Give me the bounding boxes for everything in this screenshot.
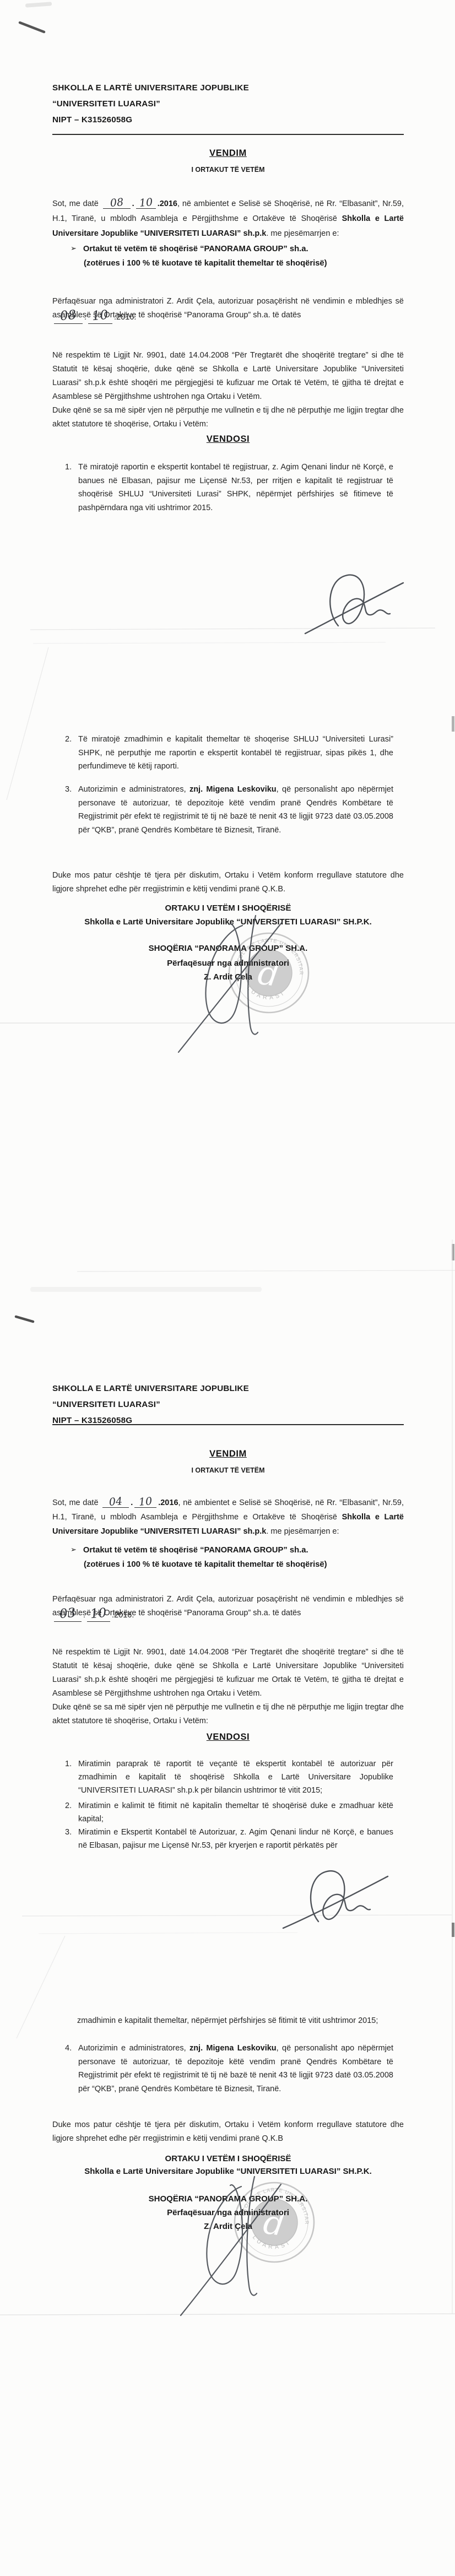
item-number: 3. (65, 783, 72, 797)
sole-partner-bullet: ➢Ortakut të vetëm të shoqërisë “PANORAMA… (71, 245, 308, 253)
handwritten-date-line: 03.10.2016. (52, 1608, 134, 1622)
signature-ardit-cela (280, 1858, 390, 1938)
administrator-name: znj. Migena Leskoviku (189, 785, 277, 794)
bullet-line2: (zotërues i 100 % të kuotave të kapitali… (84, 259, 327, 268)
decision-item-1: 1. Të miratojë raportin e ekspertit kont… (65, 461, 393, 515)
administrator-name: znj. Migena Leskoviku (189, 2044, 277, 2053)
item-text: Të miratojë raportin e ekspertit kontabe… (78, 461, 393, 515)
decision-item-2: 2. Miratimin e kalimit të fitimit në kap… (65, 1799, 393, 1826)
date-dot: . (132, 199, 134, 208)
handwritten-month: 10 (134, 1496, 156, 1508)
letterhead-school-name: SHKOLLA E LARTË UNIVERSITARE JOPUBLIKE (52, 80, 249, 96)
signature-over-stamp (175, 2162, 285, 2322)
handwritten-day: 08 (103, 197, 131, 209)
decision-title-wrap: VENDIM (52, 148, 404, 159)
decided-title: VENDOSI (207, 1732, 250, 1742)
date-dot: . (84, 313, 86, 322)
decided-title-wrap: VENDOSI (52, 434, 404, 445)
letterhead-university-name: “UNIVERSITETI LUARASI” (52, 96, 249, 112)
handwritten-date-line: 08.10.2016. (52, 310, 136, 324)
handwritten-day: 08 (54, 310, 83, 324)
item-number: 1. (65, 461, 72, 474)
item-number: 4. (65, 2042, 72, 2055)
letterhead: SHKOLLA E LARTË UNIVERSITARE JOPUBLIKE “… (52, 80, 249, 128)
sole-partner-bullet: ➢Ortakut të vetëm të shoqërisë “PANORAMA… (71, 1546, 308, 1555)
item-number: 3. (65, 1826, 72, 1839)
bullet-line1: Ortakut të vetëm të shoqërisë “PANORAMA … (83, 245, 308, 253)
closing-paragraph: Duke mos patur cështje të tjera për disk… (52, 869, 404, 896)
decided-title-wrap: VENDOSI (52, 1732, 404, 1742)
decision-subtitle-wrap: I ORTAKUT TË VETËM (52, 1465, 404, 1475)
decision-item-3: 3. Miratimin e Ekspertit Kontabël të Aut… (65, 1826, 393, 1852)
decision-title: VENDIM (209, 1449, 247, 1459)
item-3-continuation: zmadhimin e kapitalit themeltar, nëpërmj… (77, 2014, 403, 2028)
decision-item-2: 2. Të miratojë zmadhimin e kapitalit the… (65, 733, 393, 773)
intro-tail: . me pjesëmarrjen e: (266, 1527, 339, 1536)
letterhead-nipt: NIPT – K31526058G (52, 1413, 249, 1428)
item-text: Miratimin e kalimit të fitimit në kapita… (78, 1799, 393, 1826)
handwritten-month: 10 (87, 1608, 110, 1622)
letterhead-rule (52, 134, 404, 135)
item-text: Autorizimin e administratores, znj. Mige… (78, 2042, 393, 2096)
item-text-part1: Miratimin e Ekspertit Kontabël të Autori… (78, 1826, 393, 1852)
date-year: .2016 (158, 199, 177, 208)
arrow-bullet-icon: ➢ (71, 244, 77, 253)
preamble-paragraph: Duke qënë se sa më sipër vjen në përputh… (52, 1701, 404, 1728)
decision-item-1: 1. Miratimin paraprak të raportit të veç… (65, 1757, 393, 1797)
decision-item-3: 3. Autorizimin e administratores, znj. M… (65, 783, 393, 837)
closing-paragraph: Duke mos patur cështje të tjera për disk… (52, 2118, 404, 2146)
letterhead-university-name: “UNIVERSITETI LUARASI” (52, 1397, 249, 1413)
decision-subtitle: I ORTAKUT TË VETËM (191, 166, 264, 174)
preamble-paragraph: Duke qënë se sa më sipër vjen në përputh… (52, 404, 404, 431)
date-dot: . (131, 1498, 133, 1507)
item-number: 2. (65, 1799, 72, 1812)
date-year: .2016. (114, 313, 136, 322)
decision-title: VENDIM (209, 148, 247, 158)
handwritten-day: 03 (54, 1608, 82, 1622)
intro-paragraph: Sot, me datë 04.10.2016, në ambientet e … (52, 1496, 404, 1539)
bullet-line1: Ortakut të vetëm të shoqërisë “PANORAMA … (83, 1546, 308, 1555)
intro-tail: . me pjesëmarrjen e: (266, 229, 339, 238)
decision-subtitle-wrap: I ORTAKUT TË VETËM (52, 165, 404, 175)
item-number: 1. (65, 1757, 72, 1771)
law-paragraph: Në respektim të Ligjit Nr. 9901, datë 14… (52, 1646, 404, 1701)
letterhead-nipt: NIPT – K31526058G (52, 112, 249, 128)
decision-item-4: 4. Autorizimin e administratores, znj. M… (65, 2042, 393, 2096)
intro-lead: Sot, me datë (52, 1498, 101, 1507)
date-year: .2016. (112, 1611, 134, 1620)
law-paragraph: Në respektim të Ligjit Nr. 9901, datë 14… (52, 349, 404, 404)
date-year: .2016 (158, 1498, 178, 1507)
intro-lead: Sot, me datë (52, 199, 101, 208)
item-text: Autorizimin e administratores, znj. Mige… (78, 783, 393, 837)
intro-paragraph: Sot, me datë 08.10.2016, në ambientet e … (52, 197, 404, 241)
handwritten-day: 04 (102, 1496, 129, 1508)
signature-over-stamp (172, 910, 288, 1059)
item-number: 2. (65, 733, 72, 746)
scanned-document: SHKOLLA E LARTË UNIVERSITARE JOPUBLIKE “… (0, 0, 455, 2576)
letterhead-rule (52, 1424, 404, 1425)
bullet-line2: (zotërues i 100 % të kuotave të kapitali… (84, 1560, 327, 1569)
handwritten-month: 10 (136, 197, 156, 209)
date-dot: . (83, 1611, 85, 1620)
decision-title-wrap: VENDIM (52, 1449, 404, 1459)
letterhead-school-name: SHKOLLA E LARTË UNIVERSITARE JOPUBLIKE (52, 1381, 249, 1397)
letterhead: SHKOLLA E LARTË UNIVERSITARE JOPUBLIKE “… (52, 1381, 249, 1428)
handwritten-month: 10 (88, 310, 112, 324)
signature-ardit-cela (302, 561, 407, 643)
item-text: Miratimin paraprak të raportit të veçant… (78, 1757, 393, 1797)
decided-title: VENDOSI (207, 434, 250, 444)
item-text: Të miratojë zmadhimin e kapitalit themel… (78, 733, 393, 773)
arrow-bullet-icon: ➢ (71, 1545, 77, 1554)
decision-subtitle: I ORTAKUT TË VETËM (191, 1466, 264, 1474)
